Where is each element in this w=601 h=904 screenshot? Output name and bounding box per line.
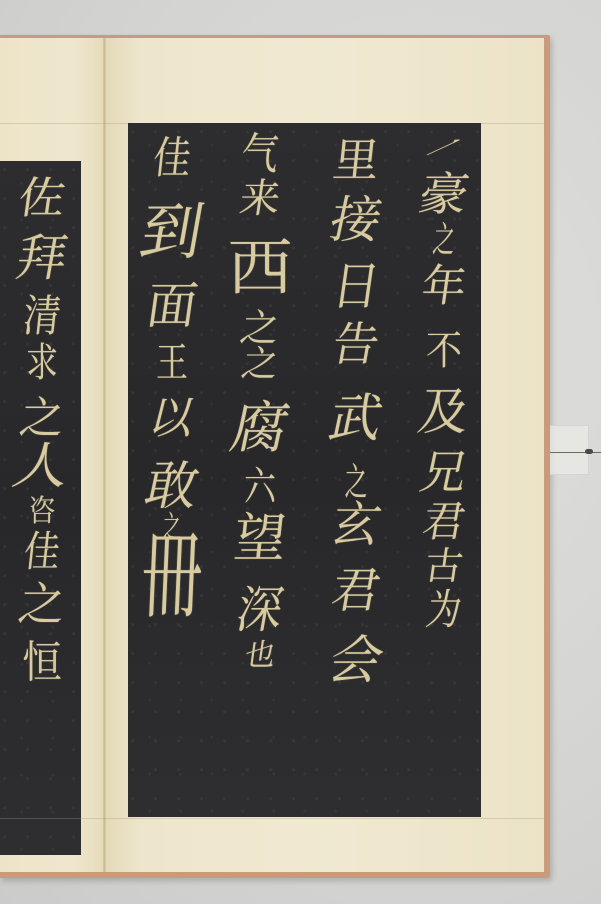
bookmark-string (550, 452, 601, 453)
calligraphy-char: 及 (415, 387, 474, 437)
left-page: 佐 拜 清 求 之 人 咨 佳 之 恒 (0, 38, 103, 872)
calligraphy-char: 面 (143, 281, 200, 331)
calligraphy-char: 君 (419, 501, 468, 543)
calligraphy-char: 古 (422, 547, 465, 585)
calligraphy-char: 日 (329, 261, 383, 313)
calligraphy-char: 之 (431, 223, 456, 259)
calligraphy-char: 望 (231, 513, 288, 565)
calligraphy-char: 敢 (140, 461, 203, 513)
calligraphy-char: 咨 (29, 497, 56, 527)
calligraphy-char: 告 (329, 321, 383, 367)
calligraphy-char: 求 (26, 343, 58, 383)
calligraphy-char: 六 (244, 467, 276, 507)
calligraphy-char: 深 (233, 585, 287, 635)
calligraphy-char: 之 (345, 463, 368, 501)
calligraphy-char: 佳 (22, 531, 62, 573)
calligraphy-char: 人 (8, 441, 75, 491)
right-column-1: 一 豪 之 年 不 及 兄 君 古 为 (408, 129, 480, 631)
calligraphy-char: 里 (331, 137, 382, 183)
calligraphy-char: 为 (423, 589, 464, 631)
right-column-3: 气 来 西 之 之 腐 六 望 深 也 (220, 133, 300, 671)
bookmark-knot (585, 449, 593, 454)
calligraphy-char: 以 (145, 397, 200, 441)
calligraphy-char: 之 (238, 309, 283, 347)
album-cover-edge: 佐 拜 清 求 之 人 咨 佳 之 恒 一 豪 之 年 不 及 兄 君 (0, 35, 550, 878)
right-rubbing-panel: 一 豪 之 年 不 及 兄 君 古 为 里 接 日 告 武 之 玄 君 会 气 … (128, 123, 481, 817)
calligraphy-char: 腐 (226, 401, 294, 457)
calligraphy-char: 佐 (16, 176, 68, 220)
calligraphy-char: 武 (324, 393, 387, 445)
left-rubbing-panel: 佐 拜 清 求 之 人 咨 佳 之 恒 (0, 161, 81, 855)
calligraphy-char: 恒 (22, 641, 62, 685)
calligraphy-char: 豪 (415, 171, 473, 217)
calligraphy-char: 到 (136, 201, 209, 263)
calligraphy-char: 不 (426, 331, 462, 371)
paper-bookmark-tab (550, 425, 589, 475)
left-column-1: 佐 拜 清 求 之 人 咨 佳 之 恒 (4, 171, 80, 685)
calligraphy-char: 会 (323, 635, 390, 687)
calligraphy-char: 拜 (13, 233, 72, 283)
bottom-margin-rule (0, 818, 544, 819)
calligraphy-char: 西 (227, 237, 292, 299)
calligraphy-char: 冊 (140, 529, 204, 625)
calligraphy-char: 一 (422, 131, 467, 166)
calligraphy-char: 也 (243, 641, 277, 671)
calligraphy-char: 君 (328, 567, 384, 615)
calligraphy-char: 王 (156, 343, 188, 383)
calligraphy-char: 气 (238, 133, 282, 177)
calligraphy-char: 年 (419, 265, 469, 309)
calligraphy-char: 接 (326, 195, 387, 245)
calligraphy-char: 之 (239, 347, 281, 383)
calligraphy-char: 佳 (151, 137, 193, 181)
calligraphy-char: 清 (21, 295, 63, 339)
calligraphy-char: 之 (17, 397, 67, 441)
right-column-2: 里 接 日 告 武 之 玄 君 会 (316, 137, 396, 687)
calligraphy-char: 来 (237, 179, 283, 219)
calligraphy-char: 玄 (327, 501, 385, 549)
right-column-4: 佳 到 面 王 以 敢 之 冊 (132, 137, 212, 607)
calligraphy-char: 兄 (416, 449, 472, 495)
calligraphy-char: 之 (16, 581, 68, 627)
